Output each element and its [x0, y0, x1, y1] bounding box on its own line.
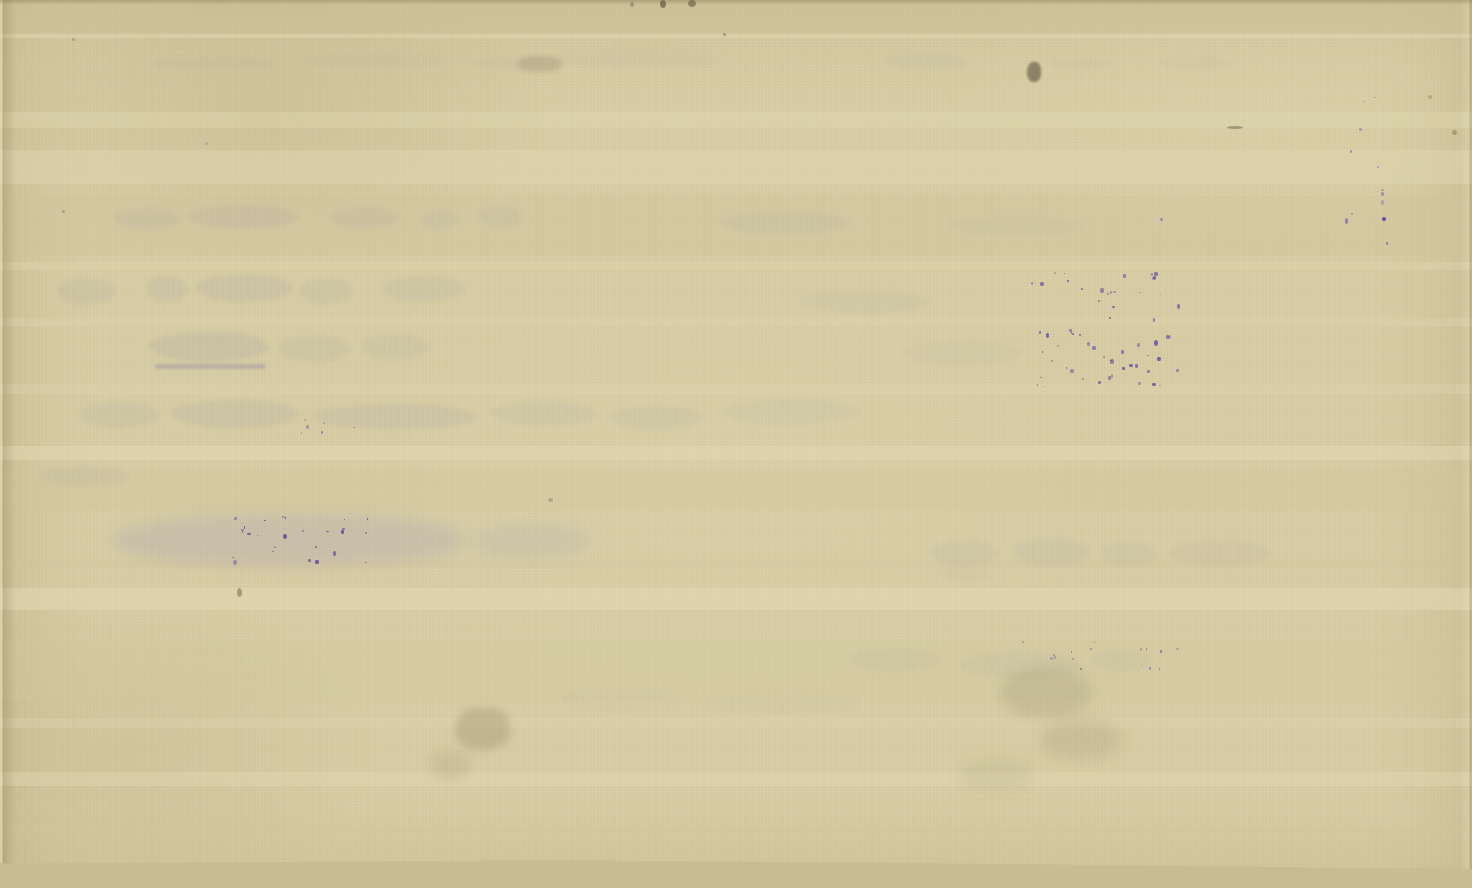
scanned-document-page [0, 0, 1472, 888]
paper-background [0, 0, 1472, 888]
